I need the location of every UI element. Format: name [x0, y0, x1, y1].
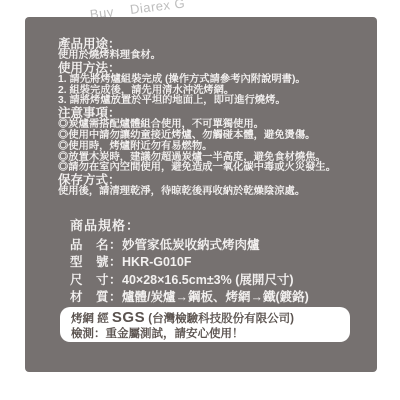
- section-product-use: 產品用途： 使用於燒烤料理食材。: [58, 38, 367, 62]
- section-heading: 使用方法：: [58, 62, 367, 75]
- section-usage-instructions: 使用方法： 1. 請先將烤爐組裝完成 (操作方式請參考內附說明書)。 2. 組裝…: [58, 62, 367, 107]
- section-storage: 保存方式： 使用後，請清理乾淨，待晾乾後再收納於乾燥陰涼處。: [58, 174, 367, 198]
- sgs-badge-line2: 檢測：重金屬測試，請安心使用！: [71, 327, 350, 341]
- spec-value: 爐體/炭爐→鋼板、烤網→鐵(鍍鉻): [122, 290, 309, 304]
- spec-label: 尺 寸：: [70, 273, 122, 287]
- panel-content: 產品用途： 使用於燒烤料理食材。 使用方法： 1. 請先將烤爐組裝完成 (操作方…: [25, 17, 377, 307]
- spec-label: 材 質：: [70, 290, 122, 304]
- sgs-prefix: 烤網 經: [71, 313, 109, 325]
- section-line: 1. 請先將烤爐組裝完成 (操作方式請參考內附說明書)。: [58, 75, 367, 86]
- spec-row-size: 尺 寸：40×28×16.5cm±3% (展開尺寸): [70, 272, 367, 290]
- sgs-brand: SGS: [112, 309, 145, 326]
- sgs-certification-badge: 烤網 經 SGS (台灣檢驗科技股份有限公司) 檢測：重金屬測試，請安心使用！: [60, 307, 350, 342]
- section-precautions: 注意事項： ◎炭爐需搭配爐體組合使用，不可單獨使用。 ◎使用中請勿讓幼童接近烤爐…: [58, 107, 367, 174]
- spec-value: 妙管家低炭收納式烤肉爐: [122, 238, 260, 252]
- sgs-badge-line1: 烤網 經 SGS (台灣檢驗科技股份有限公司): [71, 310, 350, 327]
- spec-row-material: 材 質：爐體/炭爐→鋼板、烤網→鐵(鍍鉻): [70, 289, 367, 307]
- sgs-suffix: (台灣檢驗科技股份有限公司): [148, 313, 294, 325]
- spec-row-name: 品 名：妙管家低炭收納式烤肉爐: [70, 237, 367, 255]
- spec-row-model: 型 號：HKR-G010F: [70, 254, 367, 272]
- spec-value: HKR-G010F: [122, 255, 191, 269]
- product-info-panel: 產品用途： 使用於燒烤料理食材。 使用方法： 1. 請先將烤爐組裝完成 (操作方…: [25, 17, 377, 372]
- product-specs: 商品規格： 品 名：妙管家低炭收納式烤肉爐 型 號：HKR-G010F 尺 寸：…: [70, 218, 367, 307]
- spec-value: 40×28×16.5cm±3% (展開尺寸): [122, 273, 294, 287]
- specs-heading: 商品規格：: [70, 218, 367, 234]
- section-line: 使用後，請清理乾淨，待晾乾後再收納於乾燥陰涼處。: [58, 187, 367, 198]
- section-line: ◎使用時，烤爐附近勿有易燃物。: [58, 142, 367, 153]
- spec-label: 品 名：: [70, 238, 122, 252]
- spec-label: 型 號：: [70, 255, 122, 269]
